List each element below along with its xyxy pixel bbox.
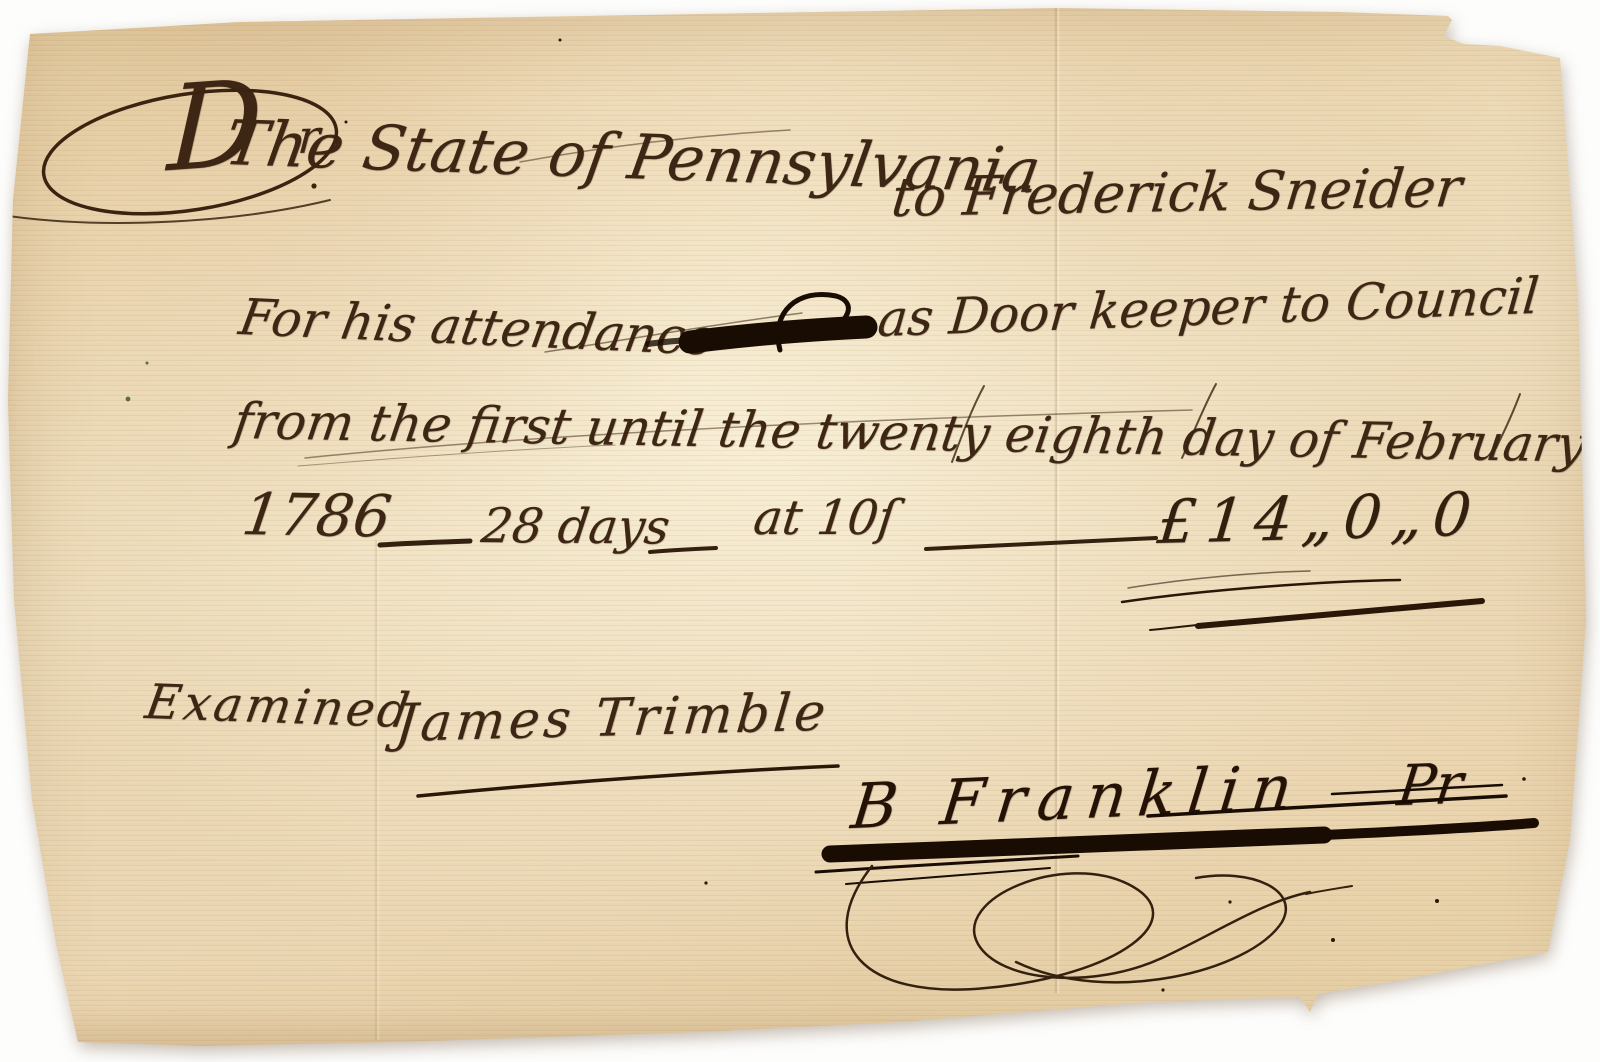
- examiner-underline: [418, 766, 838, 796]
- rate-figure: at 10ſ: [751, 490, 900, 546]
- document-paper: D r The State of Pennsylvania to Frederi…: [0, 0, 1600, 1062]
- amount-figure: £14„0„0: [1155, 479, 1485, 558]
- scanned-document: D r The State of Pennsylvania to Frederi…: [0, 0, 1600, 1062]
- executive-signature: B Franklin: [848, 750, 1308, 843]
- fold-crease-right: [1054, 8, 1060, 993]
- year-figure: 1786: [238, 480, 395, 550]
- signature-flourish-loops: [847, 866, 1352, 990]
- period-line: from the first until the twenty eighth d…: [230, 392, 1590, 473]
- service-line-end: as Door keeper to Council: [875, 267, 1541, 348]
- examiner-signature: James Trimble: [393, 683, 832, 755]
- service-line-start: For his attendance: [235, 288, 719, 366]
- paper-shadow-wrap: D r The State of Pennsylvania to Frederi…: [0, 0, 1600, 1062]
- fold-crease-left: [374, 540, 380, 1040]
- executive-signature-suffix: Pr: [1394, 752, 1466, 820]
- header-payee-line: to Frederick Sneider: [889, 156, 1465, 229]
- duration-figure: 28 days: [478, 498, 673, 556]
- amount-underline-flourish: [1122, 571, 1482, 630]
- examined-label: Examined: [142, 674, 416, 739]
